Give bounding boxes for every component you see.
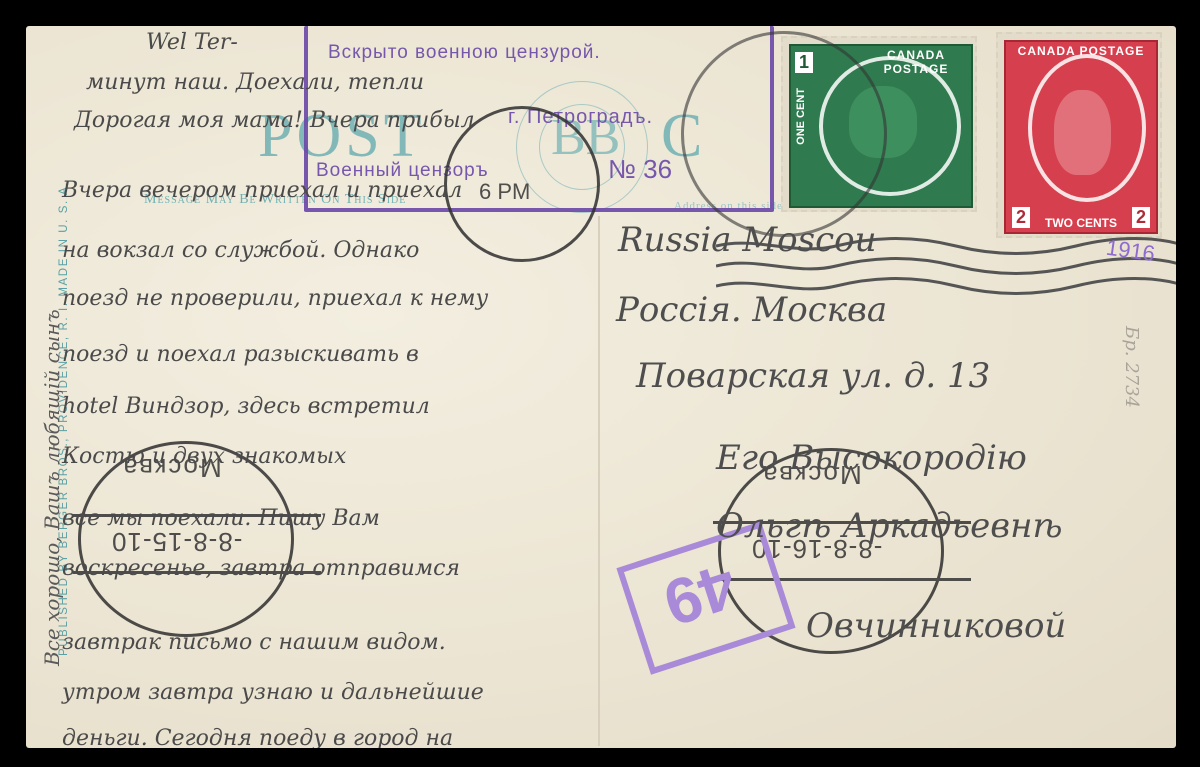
address-line: Его Высокородію xyxy=(716,438,1027,478)
moscow-postmark-left: Москва -8-8-15-10 xyxy=(78,441,294,637)
message-line: Дорогая моя мама! Вчера прибыл xyxy=(74,108,475,133)
message-line: на вокзал со службой. Однако xyxy=(62,238,419,263)
message-line: hotel Виндзор, здесь встретил xyxy=(62,394,430,419)
address-line: Ольгѣ Аркадьевнѣ xyxy=(716,506,1062,546)
message-line: Костю и двух знакомых xyxy=(62,444,346,469)
message-line: минут наш. Доехали, тепли xyxy=(86,70,424,95)
side-pencil-note: Бр. 2734 xyxy=(1121,326,1142,408)
message-line: утром завтра узнаю и дальнейшие xyxy=(62,680,484,705)
left-margin-note: Все хорошо, Вашъ любящій сынъ xyxy=(40,309,64,666)
king-portrait-icon xyxy=(1054,90,1111,176)
address-line: Russia Moscou xyxy=(618,220,877,260)
address-line: Овчинниковой xyxy=(806,606,1066,646)
address-line: Россія. Москва xyxy=(616,290,887,330)
censor-line-1: Вскрыто военною цензурой. xyxy=(328,42,601,64)
message-line: все мы поехали. Пишу Вам xyxy=(62,506,380,531)
message-line: завтрак письмо с нашим видом. xyxy=(62,630,446,655)
message-line: деньги. Сегодня поеду в город на xyxy=(62,726,453,748)
message-line: Вчера вечером приехал и приехал xyxy=(62,178,462,203)
message-line: поезд и поехал разыскивать в xyxy=(62,342,419,367)
censor-number: № 36 xyxy=(608,154,672,185)
message-line: Wel Ter- xyxy=(146,30,238,55)
message-line: воскресенье, завтра отправимся xyxy=(62,556,460,581)
postcard: POST C BB Message May Be Written On This… xyxy=(26,26,1176,748)
address-line: Поварская ул. д. 13 xyxy=(636,356,990,396)
message-line: поезд не проверили, приехал к нему xyxy=(62,286,488,311)
montreal-machine-postmark xyxy=(681,31,887,237)
center-divider-line xyxy=(598,216,600,746)
stamp-two-cents: CANADA POSTAGE 2 TWO CENTS 2 xyxy=(996,32,1162,238)
